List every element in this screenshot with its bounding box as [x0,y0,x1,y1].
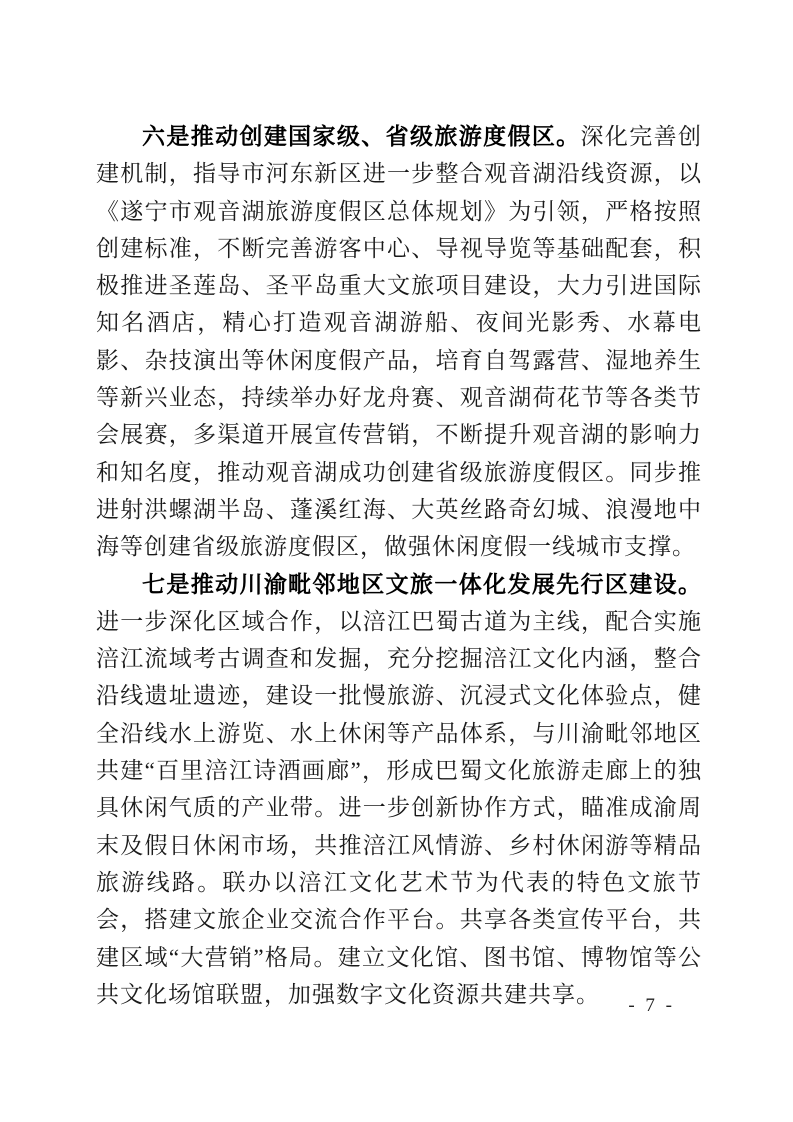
paragraph-body-text: 深化完善创建机制，指导市河东新区进一步整合观音湖沿线资源，以《遂宁市观音湖旅游度… [96,124,702,559]
document-page: 六是推动创建国家级、省级旅游度假区。深化完善创建机制，指导市河东新区进一步整合观… [0,0,793,1122]
paragraph: 六是推动创建国家级、省级旅游度假区。深化完善创建机制，指导市河东新区进一步整合观… [96,118,702,566]
paragraph-lead: 六是推动创建国家级、省级旅游度假区。 [142,123,581,149]
paragraph-body-text: 进一步深化区域合作，以涪江巴蜀古道为主线，配合实施涪江流域考古调查和发掘，充分挖… [96,609,702,1007]
paragraph: 七是推动川渝毗邻地区文旅一体化发展先行区建设。进一步深化区域合作，以涪江巴蜀古道… [96,566,702,1014]
page-number: - 7 - [628,995,675,1017]
paragraph-lead: 七是推动川渝毗邻地区文旅一体化发展先行区建设。 [142,571,702,597]
document-body: 六是推动创建国家级、省级旅游度假区。深化完善创建机制，指导市河东新区进一步整合观… [96,118,702,1013]
